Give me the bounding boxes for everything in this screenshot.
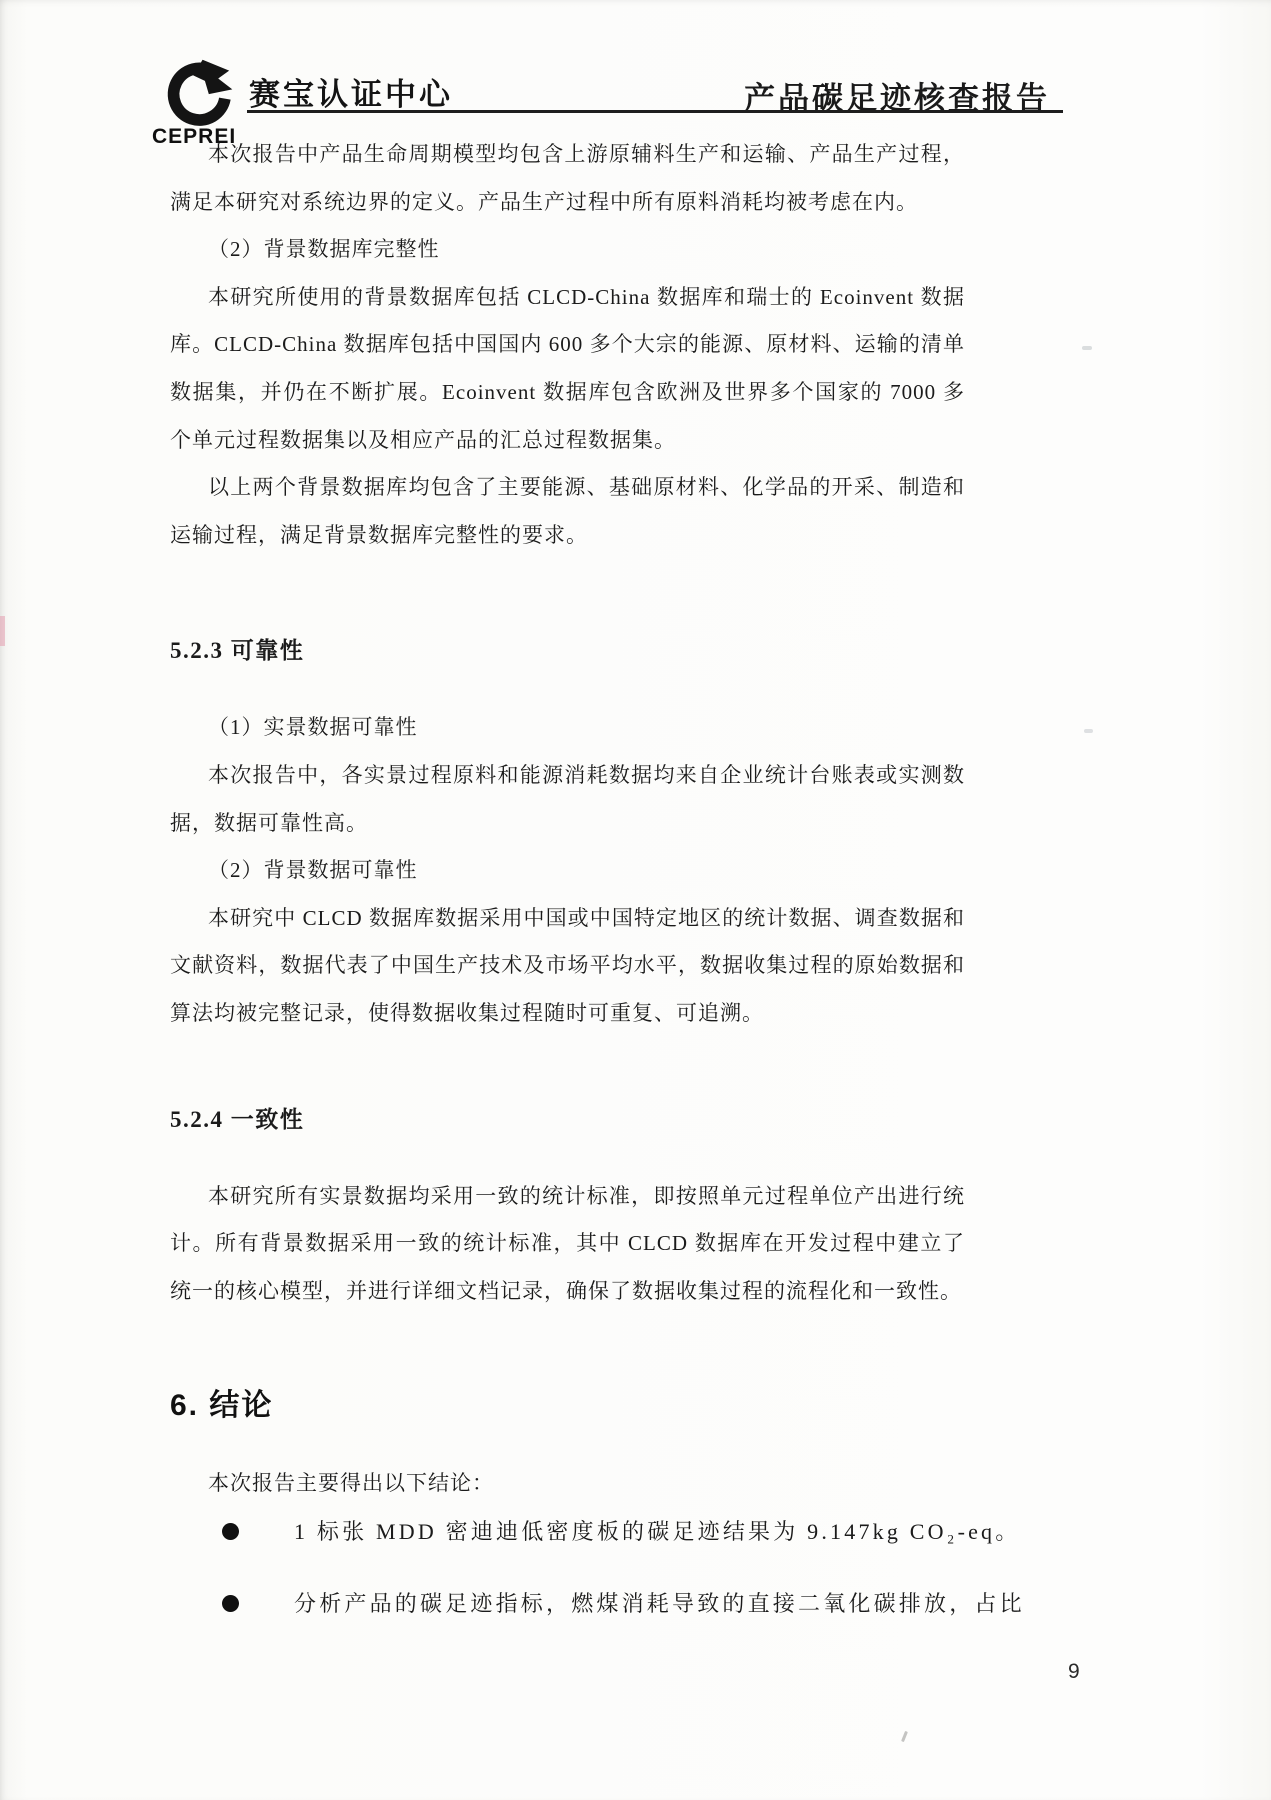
document-body: 本次报告中产品生命周期模型均包含上游原辅料生产和运输、产品生产过程，满足本研究对… [170, 131, 965, 1628]
scan-artifact-left-pink [0, 616, 5, 646]
paragraph-foreground-reliability: 本次报告中，各实景过程原料和能源消耗数据均来自企业统计台账表或实测数据，数据可靠… [170, 752, 965, 847]
bullet-text: 分析产品的碳足迹指标，燃煤消耗导致的直接二氧化碳排放，占比 [294, 1591, 1025, 1616]
document-page: CEPREI 赛宝认证中心 产品碳足迹核查报告 本次报告中产品生命周期模型均包含… [0, 0, 1271, 1800]
scan-artifact-right-mid [1084, 729, 1093, 733]
bullet-text: 1 标张 MDD 密迪迪低密度板的碳足迹结果为 9.147kg CO₂-eq。 [294, 1519, 1020, 1544]
bullet-icon [222, 1595, 239, 1612]
page-number: 9 [1068, 1660, 1080, 1684]
conclusion-bullet-list: 1 标张 MDD 密迪迪低密度板的碳足迹结果为 9.147kg CO₂-eq。 … [170, 1508, 1102, 1628]
paragraph-background-reliability: 本研究中 CLCD 数据库数据采用中国或中国特定地区的统计数据、调查数据和文献资… [170, 895, 965, 1038]
scan-artifact-right-top [1082, 346, 1092, 350]
paragraph-background-databases: 本研究所使用的背景数据库包括 CLCD-China 数据库和瑞士的 Ecoinv… [170, 274, 965, 464]
bullet-icon [222, 1523, 239, 1540]
org-name: 赛宝认证中心 [249, 69, 453, 114]
paragraph-conclusion-intro: 本次报告主要得出以下结论： [170, 1460, 965, 1508]
paragraph-consistency: 本研究所有实景数据均采用一致的统计标准，即按照单元过程单位产出进行统计。所有背景… [170, 1173, 965, 1316]
list-item-carbon-footprint-result: 1 标张 MDD 密迪迪低密度板的碳足迹结果为 9.147kg CO₂-eq。 [222, 1508, 1102, 1556]
heading-5-2-4-consistency: 5.2.4 一致性 [170, 1100, 965, 1140]
subheading-background-data-reliability: （2）背景数据可靠性 [170, 847, 965, 895]
heading-6-conclusion: 6. 结论 [170, 1383, 965, 1429]
paragraph-database-coverage: 以上两个背景数据库均包含了主要能源、基础原材料、化学品的开采、制造和运输过程，满… [170, 464, 965, 559]
subheading-background-db-completeness: （2）背景数据库完整性 [170, 226, 965, 274]
paragraph-system-boundary: 本次报告中产品生命周期模型均包含上游原辅料生产和运输、产品生产过程，满足本研究对… [170, 131, 965, 226]
heading-5-2-3-reliability: 5.2.3 可靠性 [170, 631, 965, 671]
list-item-coal-emission: 分析产品的碳足迹指标，燃煤消耗导致的直接二氧化碳排放，占比 [222, 1580, 1102, 1628]
header-rule [247, 110, 1063, 113]
cepre-logo-icon [161, 55, 241, 127]
subheading-foreground-data-reliability: （1）实景数据可靠性 [170, 704, 965, 752]
scan-artifact-bottom-tick [901, 1731, 908, 1742]
